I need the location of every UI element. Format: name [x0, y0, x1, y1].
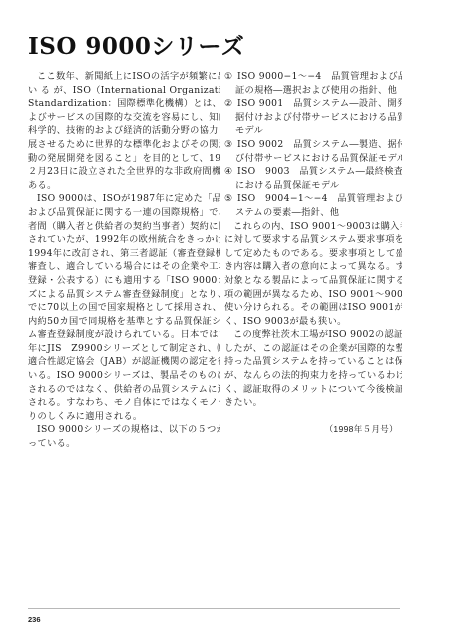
text-line: 使い分けられる。その範囲はISO 9001が最も広: [224, 301, 402, 315]
text-line: 内約50カ国で同規格を基準とする品質保証システ: [28, 315, 220, 329]
text-line: い る が、ISO（International Organization for: [28, 84, 220, 98]
list-item-text: 証の規格―選択および使用の指針、他: [224, 84, 402, 98]
list-marker: ⑤: [224, 192, 237, 206]
list-item-text: ステムの要素―指針、他: [224, 206, 402, 220]
text-line: 者間（購入者と供給者の契約当事者）契約に限定: [28, 220, 220, 234]
text-line: ISO 9000シリーズの規格は、以下の５つからな: [28, 423, 220, 437]
list-marker: ④: [224, 165, 237, 179]
text-line: 登録・公表する）にも適用する「ISO 9000シリー: [28, 274, 220, 288]
list-item-text: ISO 9002 品質システム―製造、据付けおよ: [237, 139, 402, 150]
left-column: ここ数年、新聞紙上にISOの活字が頻繁に出てい る が、ISO（Internat…: [28, 70, 220, 451]
text-line: 項の範囲が異なるため、ISO 9001〜9003の３つに: [224, 288, 402, 302]
text-line: されるのではなく、供給者の品質システムに適用: [28, 383, 220, 397]
text-line: 持った品質システムを持っていることは保証する: [224, 355, 402, 369]
text-line: して定めたものである。要求事項として盛込むべ: [224, 247, 402, 261]
text-line: ズによる品質システム審査登録制度」となり、す: [28, 288, 220, 302]
text-line: よびサービスの国際的な交流を容易にし、知的、: [28, 111, 220, 125]
text-line: いる。ISO 9000シリーズは、製品そのものに適用: [28, 369, 220, 383]
list-marker: ③: [224, 138, 237, 152]
text-line: これらの内、ISO 9001〜9003は購入者が供給者: [224, 220, 402, 234]
standard-list-item: ①ISO 9000−1〜−4 品質管理および品質保証の規格―選択および使用の指針…: [224, 70, 402, 97]
text-line: 展させるために世界的な標準化およびその関連活: [28, 138, 220, 152]
list-item-text: ISO 9001 品質システム―設計、開発、製造、: [237, 98, 402, 109]
text-line: 動の発展開発を図ること」を目的として、1947年: [28, 152, 220, 166]
text-line: したが、この認証はその企業が国際的な整合性を: [224, 342, 402, 356]
text-line: 科学的、技術的および経済的活動分野の協力を発: [28, 124, 220, 138]
standard-list-item: ⑤ISO 9004−1〜−4 品質管理および品質システムの要素―指針、他: [224, 192, 402, 219]
text-line: き内容は購入者の意向によって異なる。すなわち、: [224, 260, 402, 274]
text-line: でに70以上の国で国家規格として採用され、その: [28, 301, 220, 315]
text-line: される。すなわち、モノ自体にではなくモノづく: [28, 396, 220, 410]
text-line: および品質保証に関する一連の国際規格」で、２: [28, 206, 220, 220]
text-line: 対象となる製品によって品質保証に関する要求事: [224, 274, 402, 288]
paragraph: この度弊社茨木工場がISO 9002の認証を取得したが、この認証はその企業が国際…: [224, 328, 402, 410]
body-paragraphs: これらの内、ISO 9001〜9003は購入者が供給者に対して要求する品質システ…: [224, 220, 402, 410]
list-item-text: ISO 9003 品質システム―最終検査・試験: [237, 166, 402, 177]
text-line: っている。: [28, 437, 220, 451]
list-item-text: 据付けおよび付帯サービスにおける品質保証: [224, 111, 402, 125]
text-line: きたい。: [224, 396, 402, 410]
standard-list-item: ③ISO 9002 品質システム―製造、据付けおよび付帯サービスにおける品質保証…: [224, 138, 402, 165]
text-line: 適合性認定協会（JAB）が認証機関の認定を行って: [28, 355, 220, 369]
text-line: ここ数年、新聞紙上にISOの活字が頻繁に出て: [28, 70, 220, 84]
list-item-text: び付帯サービスにおける品質保証モデル: [224, 152, 402, 166]
list-item-text: における品質保証モデル: [224, 179, 402, 193]
issue-date: （1998年５月号）: [224, 423, 402, 437]
text-line: に対して要求する品質システム要求事項を規格と: [224, 233, 402, 247]
text-line: 審査し、適合している場合にはその企業や工場を: [28, 260, 220, 274]
text-line: が、なんらの法的拘束力を持っているわけではな: [224, 369, 402, 383]
text-line: ２月23日に設立された全世界的な非政府間機構で: [28, 165, 220, 179]
list-item-text: ISO 9004−1〜−4 品質管理および品質シ: [237, 193, 402, 204]
text-line: ISO 9000は、ISOが1987年に定めた「品質管理: [28, 192, 220, 206]
page-number: 236: [28, 615, 41, 624]
list-marker: ②: [224, 97, 237, 111]
footer-divider: [28, 608, 400, 609]
text-line: されていたが、1992年の欧州統合をきっかけに: [28, 233, 220, 247]
text-line: 年にJIS Z9900シリーズとして制定され、㈶日本: [28, 342, 220, 356]
page-title: ISO 9000シリーズ: [28, 33, 244, 61]
standard-list-item: ②ISO 9001 品質システム―設計、開発、製造、据付けおよび付帯サービスにお…: [224, 97, 402, 138]
text-line: りのしくみに適用される。: [28, 410, 220, 424]
text-line: く、ISO 9003が最も狭い。: [224, 315, 402, 329]
paragraph: これらの内、ISO 9001〜9003は購入者が供給者に対して要求する品質システ…: [224, 220, 402, 329]
text-line: ム審査登録制度が設けられている。日本では1991: [28, 328, 220, 342]
standards-list: ①ISO 9000−1〜−4 品質管理および品質保証の規格―選択および使用の指針…: [224, 70, 402, 220]
list-item-text: ISO 9000−1〜−4 品質管理および品質保: [237, 71, 402, 82]
right-column: ①ISO 9000−1〜−4 品質管理および品質保証の規格―選択および使用の指針…: [224, 70, 402, 437]
text-line: Standardization：国際標準化機構）とは、「物資お: [28, 97, 220, 111]
text-line: ある。: [28, 179, 220, 193]
text-line: この度弊社茨木工場がISO 9002の認証を取得: [224, 328, 402, 342]
text-line: 1994年に改訂され、第三者認証（審査登録機関が: [28, 247, 220, 261]
list-item-text: モデル: [224, 124, 402, 138]
text-line: く、認証取得のメリットについて今後検証してい: [224, 383, 402, 397]
standard-list-item: ④ISO 9003 品質システム―最終検査・試験における品質保証モデル: [224, 165, 402, 192]
list-marker: ①: [224, 70, 237, 84]
